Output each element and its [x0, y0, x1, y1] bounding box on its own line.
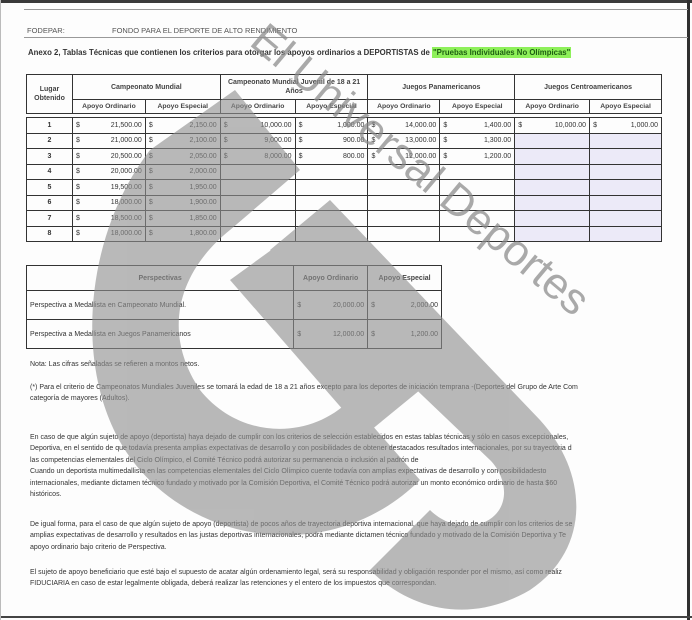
scan-frame-top [0, 0, 692, 3]
amount-value: 2,150.00 [189, 122, 216, 129]
table-row: 4$20,000.00$2,000.00 [27, 164, 662, 180]
amount-cell: $20,500.00 [72, 149, 145, 165]
amount-cell: $12,000.00 [294, 320, 368, 349]
table-row: 6$18,000.00$1,900.00 [27, 195, 662, 211]
scan-frame-bottom [0, 616, 692, 618]
amount-cell: $9,000.00 [220, 133, 295, 149]
amount-cell: $2,100.00 [145, 133, 220, 149]
amount-cell [515, 149, 590, 165]
amount-cell [515, 133, 590, 149]
amount-cell [220, 164, 295, 180]
amount-cell [368, 164, 440, 180]
currency-symbol: $ [371, 122, 375, 129]
annex-title-text: Anexo 2, Tablas Técnicas que contienen l… [28, 48, 432, 57]
perspective-label: Perspectiva a Medallista en Juegos Panam… [27, 320, 294, 349]
amount-value: 1,900.00 [189, 199, 216, 206]
amount-value: 20,000.00 [333, 302, 364, 309]
currency-symbol: $ [299, 122, 303, 129]
perspectives-table: Perspectivas Apoyo Ordinario Apoyo Espec… [26, 265, 442, 349]
paragraph-line: amplias expectativas de desarrollo y res… [30, 530, 566, 541]
amount-cell [440, 195, 515, 211]
org-code: FODEPAR: [27, 26, 65, 35]
currency-symbol: $ [149, 137, 153, 144]
amount-cell: $8,000.00 [220, 149, 295, 165]
especial-subheader: Apoyo Especial [145, 100, 220, 114]
paragraph-line: De igual forma, para el caso de que algú… [30, 519, 572, 530]
support-criteria-table: Lugar Obtenido Campeonato Mundial Campeo… [26, 74, 662, 242]
paragraph-line: El sujeto de apoyo beneficiario que esté… [30, 567, 562, 578]
amount-value: 13,000.00 [405, 137, 436, 144]
currency-symbol: $ [76, 230, 80, 237]
paragraph-line: En caso de que algún sujeto de apoyo (de… [30, 432, 568, 443]
ordinario-subheader: Apoyo Ordinario [368, 100, 440, 114]
amount-cell: $1,200.00 [440, 149, 515, 165]
amount-cell [515, 164, 590, 180]
table-row: 2$21,000.00$2,100.00$9,000.00$900.00$13,… [27, 133, 662, 149]
amount-cell [590, 133, 662, 149]
amount-cell [515, 226, 590, 242]
amount-cell [590, 149, 662, 165]
currency-symbol: $ [593, 122, 597, 129]
amount-value: 18,000.00 [111, 199, 142, 206]
amount-cell: $13,000.00 [368, 133, 440, 149]
amount-cell: $1,200.00 [368, 320, 442, 349]
perspective-label: Perspectiva a Medallista en Campeonato M… [27, 291, 294, 320]
especial-header: Apoyo Especial [368, 266, 442, 291]
amount-cell [590, 226, 662, 242]
amount-value: 2,050.00 [189, 153, 216, 160]
currency-symbol: $ [149, 184, 153, 191]
lugar-cell: 7 [27, 211, 73, 227]
lugar-header: Lugar Obtenido [27, 75, 73, 114]
asterisk-note-line-1: (*) Para el criterio de Campeonatos Mund… [30, 382, 578, 393]
amount-cell [440, 180, 515, 196]
currency-symbol: $ [443, 137, 447, 144]
amount-cell [515, 211, 590, 227]
asterisk-note-line-2: categoría de mayores (Adultos). [30, 393, 130, 404]
amount-value: 21,000.00 [111, 137, 142, 144]
amount-cell: $1,000.00 [590, 118, 662, 134]
amount-value: 12,000.00 [333, 331, 364, 338]
paragraph-line: Deportiva, en el sentido de que todavía … [30, 443, 572, 454]
table-row: 5$19,500.00$1,950.00 [27, 180, 662, 196]
amount-value: 1,850.00 [189, 215, 216, 222]
group-header: Juegos Centroamericanos [515, 75, 662, 100]
currency-symbol: $ [371, 331, 375, 338]
amount-cell [295, 180, 368, 196]
amount-cell [295, 195, 368, 211]
amount-cell [440, 164, 515, 180]
amount-value: 2,100.00 [189, 137, 216, 144]
amount-cell: $19,500.00 [72, 180, 145, 196]
especial-subheader: Apoyo Especial [440, 100, 515, 114]
amount-cell [295, 211, 368, 227]
amount-value: 800.00 [343, 153, 364, 160]
amount-value: 9,000.00 [264, 137, 291, 144]
amount-cell: $10,000.00 [220, 118, 295, 134]
lugar-cell: 6 [27, 195, 73, 211]
annex-title-highlight: "Pruebas Individuales No Olímpicas" [432, 47, 571, 58]
lugar-cell: 5 [27, 180, 73, 196]
currency-symbol: $ [224, 122, 228, 129]
amount-cell: $2,000.00 [368, 291, 442, 320]
scan-frame-left [0, 0, 1, 620]
amount-cell [368, 211, 440, 227]
currency-symbol: $ [149, 199, 153, 206]
amount-value: 21,500.00 [111, 122, 142, 129]
amount-value: 20,000.00 [111, 168, 142, 175]
table-row: 8$18,000.00$1,800.00 [27, 226, 662, 242]
amount-value: 10,000.00 [555, 122, 586, 129]
amount-value: 19,500.00 [111, 184, 142, 191]
amount-cell [220, 195, 295, 211]
amount-cell [220, 226, 295, 242]
currency-symbol: $ [76, 153, 80, 160]
amount-cell: $20,000.00 [72, 164, 145, 180]
amount-cell: $2,150.00 [145, 118, 220, 134]
amount-cell: $1,850.00 [145, 211, 220, 227]
amount-cell [590, 164, 662, 180]
ordinario-header: Apoyo Ordinario [294, 266, 368, 291]
currency-symbol: $ [76, 184, 80, 191]
amount-cell [590, 211, 662, 227]
amount-cell [295, 164, 368, 180]
amount-cell: $14,000.00 [368, 118, 440, 134]
lugar-cell: 4 [27, 164, 73, 180]
currency-symbol: $ [149, 168, 153, 175]
table-row: 1$21,500.00$2,150.00$10,000.00$1,000.00$… [27, 118, 662, 134]
paragraph-line: internacionales, mediante dictamen técni… [30, 478, 557, 489]
currency-symbol: $ [371, 153, 375, 160]
amount-value: 2,000.00 [189, 168, 216, 175]
paragraph-line: FIDUCIARIA en caso de estar legalmente o… [30, 578, 437, 589]
amount-cell [368, 195, 440, 211]
currency-symbol: $ [297, 302, 301, 309]
amount-cell: $21,500.00 [72, 118, 145, 134]
amount-cell: $18,000.00 [72, 195, 145, 211]
amount-value: 1,300.00 [484, 137, 511, 144]
note-text: Nota: Las cifras señaladas se refieren a… [30, 359, 199, 370]
amount-cell: $1,900.00 [145, 195, 220, 211]
amount-cell: $2,000.00 [145, 164, 220, 180]
paragraph-line: Cuando un deportista multimedallista en … [30, 466, 546, 477]
amount-value: 900.00 [343, 137, 364, 144]
amount-cell [590, 195, 662, 211]
amount-cell: $1,950.00 [145, 180, 220, 196]
amount-cell [295, 226, 368, 242]
amount-cell: $20,000.00 [294, 291, 368, 320]
scan-frame-right [687, 0, 690, 620]
lugar-cell: 8 [27, 226, 73, 242]
currency-symbol: $ [224, 153, 228, 160]
amount-value: 1,950.00 [189, 184, 216, 191]
currency-symbol: $ [76, 215, 80, 222]
group-header: Campeonato Mundial Juvenil de 18 a 21 Añ… [220, 75, 368, 100]
amount-cell [220, 211, 295, 227]
currency-symbol: $ [76, 199, 80, 206]
ordinario-subheader: Apoyo Ordinario [220, 100, 295, 114]
amount-cell: $18,500.00 [72, 211, 145, 227]
currency-symbol: $ [224, 137, 228, 144]
amount-cell: $1,300.00 [440, 133, 515, 149]
currency-symbol: $ [297, 331, 301, 338]
amount-cell [515, 195, 590, 211]
amount-value: 2,000.00 [411, 302, 438, 309]
group-header: Juegos Panamericanos [368, 75, 515, 100]
amount-cell [440, 211, 515, 227]
group-header: Campeonato Mundial [72, 75, 220, 100]
amount-cell: $1,400.00 [440, 118, 515, 134]
amount-value: 12,000.00 [405, 153, 436, 160]
paragraph-line: apoyo ordinario bajo criterio de Perspec… [30, 542, 167, 553]
amount-cell [220, 180, 295, 196]
amount-value: 8,000.00 [264, 153, 291, 160]
table-row: 3$20,500.00$2,050.00$8,000.00$800.00$12,… [27, 149, 662, 165]
org-name: FONDO PARA EL DEPORTE DE ALTO RENDIMIENT… [112, 26, 297, 35]
amount-cell [368, 226, 440, 242]
paragraph-line: las competencias elementales del Ciclo O… [30, 455, 419, 466]
especial-subheader: Apoyo Especial [295, 100, 368, 114]
currency-symbol: $ [371, 302, 375, 309]
amount-cell: $800.00 [295, 149, 368, 165]
amount-value: 1,200.00 [411, 331, 438, 338]
table-row: Perspectiva a Medallista en Juegos Panam… [27, 320, 442, 349]
amount-value: 10,000.00 [260, 122, 291, 129]
amount-cell: $1,000.00 [295, 118, 368, 134]
paragraph-line: históricos. [30, 489, 62, 500]
document-header: FODEPAR: FONDO PARA EL DEPORTE DE ALTO R… [24, 9, 688, 38]
amount-value: 1,400.00 [484, 122, 511, 129]
currency-symbol: $ [149, 215, 153, 222]
currency-symbol: $ [76, 137, 80, 144]
table-row: Perspectiva a Medallista en Campeonato M… [27, 291, 442, 320]
currency-symbol: $ [149, 153, 153, 160]
currency-symbol: $ [443, 153, 447, 160]
amount-value: 18,000.00 [111, 230, 142, 237]
lugar-cell: 1 [27, 118, 73, 134]
currency-symbol: $ [518, 122, 522, 129]
amount-cell: $18,000.00 [72, 226, 145, 242]
amount-value: 18,500.00 [111, 215, 142, 222]
amount-cell [368, 180, 440, 196]
amount-cell: $2,050.00 [145, 149, 220, 165]
amount-value: 20,500.00 [111, 153, 142, 160]
amount-value: 1,000.00 [631, 122, 658, 129]
amount-cell [440, 226, 515, 242]
amount-value: 1,200.00 [484, 153, 511, 160]
lugar-cell: 2 [27, 133, 73, 149]
amount-cell: $21,000.00 [72, 133, 145, 149]
currency-symbol: $ [149, 122, 153, 129]
ordinario-subheader: Apoyo Ordinario [515, 100, 590, 114]
currency-symbol: $ [299, 137, 303, 144]
ordinario-subheader: Apoyo Ordinario [72, 100, 145, 114]
amount-value: 14,000.00 [405, 122, 436, 129]
especial-subheader: Apoyo Especial [590, 100, 662, 114]
currency-symbol: $ [76, 122, 80, 129]
amount-cell: $10,000.00 [515, 118, 590, 134]
amount-value: 1,800.00 [189, 230, 216, 237]
currency-symbol: $ [149, 230, 153, 237]
lugar-cell: 3 [27, 149, 73, 165]
currency-symbol: $ [443, 122, 447, 129]
amount-cell [515, 180, 590, 196]
amount-cell: $12,000.00 [368, 149, 440, 165]
currency-symbol: $ [299, 153, 303, 160]
amount-cell: $900.00 [295, 133, 368, 149]
annex-title: Anexo 2, Tablas Técnicas que contienen l… [28, 48, 571, 57]
table-row: 7$18,500.00$1,850.00 [27, 211, 662, 227]
currency-symbol: $ [76, 168, 80, 175]
amount-cell: $1,800.00 [145, 226, 220, 242]
perspectives-header: Perspectivas [27, 266, 294, 291]
currency-symbol: $ [371, 137, 375, 144]
amount-value: 1,000.00 [337, 122, 364, 129]
amount-cell [590, 180, 662, 196]
